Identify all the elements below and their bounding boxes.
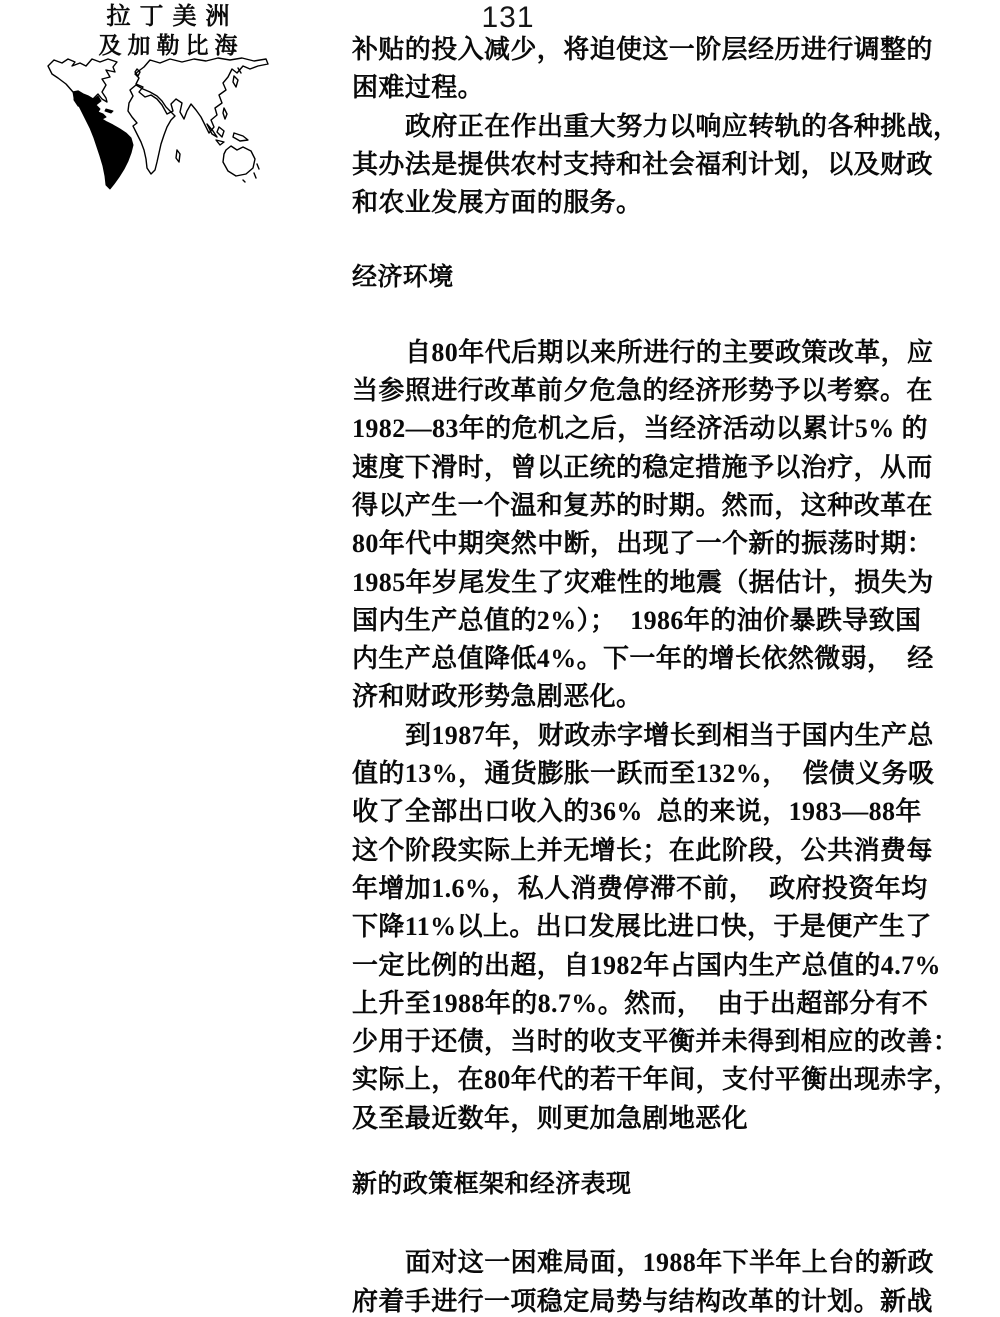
text-line: 面对这一困难局面，1988年下半年上台的新政 [352, 1244, 952, 1282]
text-line: 收了全部出口收入的36% 总的来说，1983—88年 [352, 793, 952, 831]
text-line: 值的13%，通货膨胀一跃而至132%， 偿债义务吸 [352, 755, 952, 793]
map-borneo-icon [217, 127, 224, 137]
text-line: 到1987年，财政赤字增长到相当于国内生产总 [352, 717, 952, 755]
text-line: 一定比例的出超，自1982年占国内生产总值的4.7% [352, 947, 952, 985]
region-header: 拉丁美洲 及加勒比海 [40, 2, 296, 60]
text-line: 少用于还债，当时的收支平衡并未得到相应的改善： [352, 1023, 952, 1061]
region-title-line1: 拉丁美洲 [40, 2, 296, 32]
text-line: 国内生产总值的2%）； 1986年的油价暴跌导致国 [352, 602, 952, 640]
text-line: 得以产生一个温和复苏的时期。然而，这种改革在 [352, 487, 952, 525]
text-line: 1985年岁尾发生了灾难性的地震（据估计，损失为 [352, 564, 952, 602]
text-line: 上升至1988年的8.7%。然而， 由于出超部分有不 [352, 985, 952, 1023]
map-africa-outline [128, 85, 175, 174]
map-caribbean-icon [105, 109, 113, 113]
text-line: 这个阶段实际上并无增长；在此阶段，公共消费每 [352, 832, 952, 870]
text-line: 政府正在作出重大努力以响应转轨的各种挑战， [352, 108, 952, 146]
body-text: 补贴的投入减少，将迫使这一阶层经历进行调整的 困难过程。 政府正在作出重大努力以… [352, 31, 952, 1317]
text-line: 年增加1.6%，私人消费停滞不前， 政府投资年均 [352, 870, 952, 908]
text-line: 补贴的投入减少，将迫使这一阶层经历进行调整的 [352, 31, 952, 69]
text-line: 速度下滑时，曾以正统的稳定措施予以治疗，从而 [352, 449, 952, 487]
map-new-zealand-icon [243, 164, 259, 182]
world-map [40, 54, 290, 204]
text-line: 实际上，在80年代的若干年间，支付平衡出现赤字， [352, 1061, 952, 1099]
map-latin-america-filled [73, 92, 133, 189]
text-line: 自80年代后期以来所进行的主要政策改革，应 [352, 334, 952, 372]
text-line: 和农业发展方面的服务。 [352, 184, 952, 222]
map-java-icon [216, 140, 224, 145]
text-line: 及至最近数年，则更加急剧地恶化 [352, 1100, 952, 1138]
text-line: 困难过程。 [352, 69, 952, 107]
section-heading-new-policy-framework: 新的政策框架和经济表现 [352, 1166, 952, 1204]
text-line: 80年代中期突然中断，出现了一个新的振荡时期： [352, 525, 952, 563]
text-line: 下降11%以上。出口发展比进口快，于是便产生了 [352, 908, 952, 946]
text-line: 其办法是提供农村支持和社会福利计划，以及财政 [352, 146, 952, 184]
map-philippines-icon [223, 108, 227, 119]
section-heading-economic-environment: 经济环境 [352, 259, 952, 297]
text-line: 当参照进行改革前夕危急的经济形势予以考察。在 [352, 372, 952, 410]
map-australia-outline [223, 146, 255, 176]
text-line: 府着手进行一项稳定局势与结构改革的计划。新战 [352, 1283, 952, 1317]
document-page: 拉丁美洲 及加勒比海 [0, 0, 1000, 1317]
text-line: 内生产总值降低4%。下一年的增长依然微弱， 经 [352, 640, 952, 678]
text-line: 济和财政形势急剧恶化。 [352, 678, 952, 716]
map-new-guinea-icon [233, 133, 248, 141]
text-line: 1982—83年的危机之后，当经济活动以累计5% 的 [352, 410, 952, 448]
map-madagascar-icon [176, 150, 180, 162]
